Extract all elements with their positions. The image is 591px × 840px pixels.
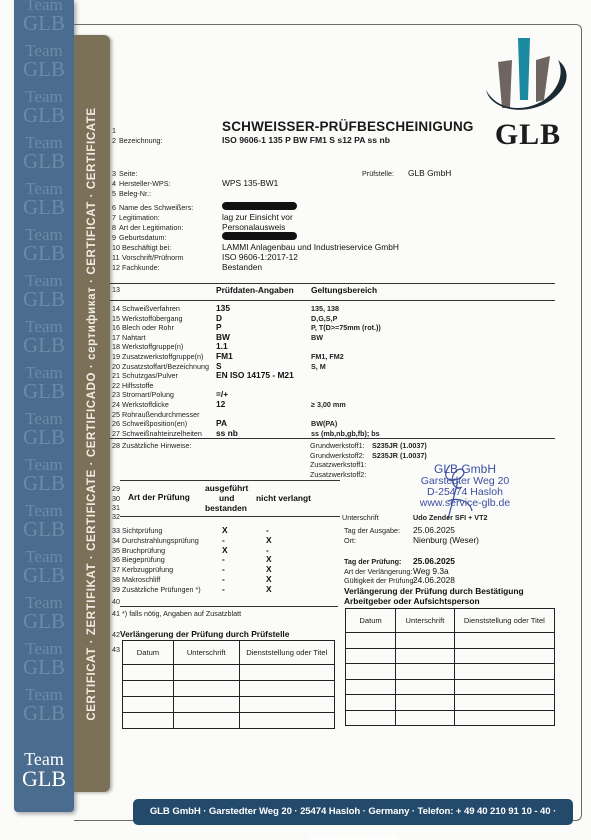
field-label: Blech oder Rohr <box>122 323 174 332</box>
team-glb-strip: TeamGLBTeamGLBTeamGLBTeamGLBTeamGLBTeamG… <box>14 0 74 812</box>
line-number: 16 <box>112 323 120 332</box>
watermark-glb: GLB <box>14 105 74 126</box>
line-number: 42 <box>112 630 120 639</box>
field-label: Stromart/Polung <box>122 390 174 399</box>
line-number: 35 <box>112 546 120 555</box>
line-number: 12 <box>112 263 120 272</box>
team-glb-brand: Team GLB <box>14 750 74 790</box>
test-data-value: FM1 <box>216 351 233 361</box>
empty-cell[interactable] <box>454 679 554 695</box>
test-label: Biegeprüfung <box>122 555 165 564</box>
field-label: Hilfsstoffe <box>122 381 153 390</box>
column-header: Dienststellung oder Titel <box>239 641 334 665</box>
table-row <box>346 664 555 680</box>
empty-cell[interactable] <box>173 681 239 697</box>
empty-cell[interactable] <box>123 665 174 681</box>
footer-bar: GLB GmbH · Garstedter Weg 20 · 25474 Has… <box>133 799 573 825</box>
watermark-glb: GLB <box>14 381 74 402</box>
col-header-done: ausgeführt <box>205 483 248 493</box>
watermark-glb: GLB <box>14 519 74 540</box>
empty-cell[interactable] <box>173 713 239 729</box>
line-number: 37 <box>112 565 120 574</box>
col-header-test-data: Prüfdaten-Angaben <box>216 285 294 295</box>
signature-name: Udo Zender SFI + VT2 <box>413 513 487 522</box>
line-number: 34 <box>112 536 120 545</box>
table-row <box>346 679 555 695</box>
empty-cell[interactable] <box>346 695 396 711</box>
line-number: 18 <box>112 342 120 351</box>
watermark-glb: GLB <box>14 13 74 34</box>
field-label: Vorschrift/Prüfnorm <box>122 253 184 262</box>
footnote: *) falls nötig, Angaben auf Zusatzblatt <box>122 609 241 618</box>
redacted-value <box>222 202 297 210</box>
line-number: 29 <box>112 484 120 493</box>
field-label: Beschäftigt bei: <box>122 243 171 252</box>
designation-label: Bezeichnung: <box>119 136 163 145</box>
line-number: 13 <box>112 285 120 294</box>
divider <box>120 606 338 607</box>
watermark-glb: GLB <box>14 59 74 80</box>
table-header-row: DatumUnterschriftDienststellung oder Tit… <box>123 641 335 665</box>
field-label: Art der Legitimation: <box>119 223 183 232</box>
line-number: 32 <box>112 512 120 521</box>
line-number: 11 <box>112 253 119 262</box>
line-number: 30 <box>112 494 120 503</box>
line-number: 31 <box>112 503 120 512</box>
material-label: Grundwerkstoff1: <box>310 441 365 450</box>
place-value: Nienburg (Weser) <box>413 535 479 545</box>
empty-cell[interactable] <box>346 633 396 649</box>
line-number: 39 <box>112 585 120 594</box>
empty-cell[interactable] <box>239 697 334 713</box>
test-data-value: D <box>216 313 222 323</box>
team-glb-watermark: TeamGLB <box>14 686 74 724</box>
divider <box>120 480 340 481</box>
range-value: D,G,S,P <box>311 314 337 323</box>
redacted-value <box>222 232 297 240</box>
field-label: Werkstoffübergang <box>122 314 182 323</box>
field-value: Bestanden <box>222 262 262 272</box>
col-header-not-required: nicht verlangt <box>256 493 311 503</box>
team-glb-watermark: TeamGLB <box>14 180 74 218</box>
field-label: Schweißnahteinzelheiten <box>122 429 202 438</box>
empty-cell[interactable] <box>123 681 174 697</box>
field-value: LAMMI Anlagenbau und Industrieservice Gm… <box>222 242 399 252</box>
field-label: Name des Schweißers: <box>119 203 193 212</box>
line-number: 17 <box>112 333 120 342</box>
watermark-glb: GLB <box>14 289 74 310</box>
test-data-value: PA <box>216 418 227 428</box>
page-title: SCHWEISSER-PRÜFBESCHEINIGUNG <box>222 119 474 134</box>
line-number: 3 <box>112 169 116 178</box>
team-glb-watermark: TeamGLB <box>14 42 74 80</box>
test-label: Zusätzliche Prüfungen *) <box>122 585 201 594</box>
range-value: 135, 138 <box>311 304 339 313</box>
watermark-glb: GLB <box>14 243 74 264</box>
empty-cell[interactable] <box>123 697 174 713</box>
test-not-required-mark: - <box>266 545 269 555</box>
table-row <box>123 665 335 681</box>
range-value: ≥ 3,00 mm <box>311 400 346 409</box>
test-done-mark: - <box>222 554 225 564</box>
empty-cell[interactable] <box>346 710 396 726</box>
empty-cell[interactable] <box>346 648 396 664</box>
test-data-value: EN ISO 14175 - M21 <box>216 370 294 380</box>
watermark-glb: GLB <box>14 611 74 632</box>
empty-cell[interactable] <box>396 679 455 695</box>
issue-date-value: 25.06.2025 <box>413 525 455 535</box>
empty-cell[interactable] <box>239 713 334 729</box>
test-label: Durchstrahlungsprüfung <box>122 536 199 545</box>
line-number: 41 <box>112 609 120 618</box>
field-label: Fachkunde: <box>122 263 160 272</box>
empty-cell[interactable] <box>346 664 396 680</box>
col-header-done: und <box>219 493 234 503</box>
field-label: Zusatzstoffart/Bezeichnung <box>122 362 209 371</box>
col-header-done: bestanden <box>205 503 247 513</box>
line-number: 2 <box>112 136 116 145</box>
line-number: 28 <box>112 441 120 450</box>
material-value: S235JR (1.0037) <box>372 441 427 450</box>
line-number: 7 <box>112 213 116 222</box>
line-number: 24 <box>112 400 120 409</box>
empty-cell[interactable] <box>396 710 455 726</box>
range-value: BW(PA) <box>311 419 337 428</box>
watermark-glb: GLB <box>14 565 74 586</box>
empty-cell[interactable] <box>173 697 239 713</box>
test-date-label: Tag der Prüfung: <box>344 557 401 566</box>
team-glb-watermark: TeamGLB <box>14 0 74 34</box>
field-value: WPS 135-BW1 <box>222 178 278 188</box>
empty-cell[interactable] <box>396 664 455 680</box>
empty-cell[interactable] <box>396 633 455 649</box>
material-value: S235JR (1.0037) <box>372 451 427 460</box>
team-glb-watermark: TeamGLB <box>14 134 74 172</box>
empty-cell[interactable] <box>173 665 239 681</box>
material-label: Zusatzwerkstoff2: <box>310 470 366 479</box>
place-label: Ort: <box>344 536 356 545</box>
column-header: Unterschrift <box>173 641 239 665</box>
team-glb-watermark: TeamGLB <box>14 226 74 264</box>
table-row <box>123 681 335 697</box>
empty-cell[interactable] <box>454 710 554 726</box>
test-done-mark: - <box>222 535 225 545</box>
column-header: Unterschrift <box>396 609 455 633</box>
line-number: 40 <box>112 597 120 606</box>
team-glb-watermark: TeamGLB <box>14 88 74 126</box>
line-number: 22 <box>112 381 120 390</box>
line-number: 43 <box>112 645 120 654</box>
test-date-value: 25.06.2025 <box>413 556 455 566</box>
table-row <box>346 648 555 664</box>
line-number: 8 <box>112 223 116 232</box>
body-extension-table: DatumUnterschriftDienststellung oder Tit… <box>122 640 335 729</box>
designation-value: ISO 9606-1 135 P BW FM1 S s12 PA ss nb <box>222 135 390 145</box>
field-label: Werkstoffgruppe(n) <box>122 342 183 351</box>
empty-cell[interactable] <box>454 648 554 664</box>
table-row <box>123 697 335 713</box>
line-number: 27 <box>112 429 120 438</box>
range-value: BW <box>311 333 323 342</box>
test-not-required-mark: X <box>266 535 272 545</box>
test-label: Makroschliff <box>122 575 160 584</box>
company-stamp: GLB GmbH Garstedter Weg 20 D-25474 Haslo… <box>400 463 530 509</box>
divider <box>110 438 555 439</box>
column-header: Dienststellung oder Titel <box>454 609 554 633</box>
line-number: 9 <box>112 233 116 242</box>
test-data-value: 12 <box>216 399 225 409</box>
material-label: Grundwerkstoff2: <box>310 451 365 460</box>
field-label: Schweißposition(en) <box>122 419 187 428</box>
field-label: Schutzgas/Pulver <box>122 371 178 380</box>
test-data-value: ss nb <box>216 428 238 438</box>
line-number: 38 <box>112 575 120 584</box>
watermark-glb: GLB <box>14 197 74 218</box>
field-label: Geburtsdatum: <box>119 233 167 242</box>
range-value: ss (mb,nb,gb,fb); bs <box>311 429 380 438</box>
employer-extension-table: DatumUnterschriftDienststellung oder Tit… <box>345 608 555 726</box>
validity-value: 24.06.2028 <box>413 575 455 585</box>
line-number: 26 <box>112 419 120 428</box>
issue-date-label: Tag der Ausgabe: <box>344 526 400 535</box>
range-value: S, M <box>311 362 326 371</box>
test-label: Sichtprüfung <box>122 526 162 535</box>
empty-cell[interactable] <box>123 713 174 729</box>
test-data-value: BW <box>216 332 230 342</box>
test-not-required-mark: X <box>266 564 272 574</box>
col-header-range: Geltungsbereich <box>311 285 377 295</box>
glb-logo-icon <box>478 30 578 120</box>
employer-extension-title: Verlängerung der Prüfung durch Bestätigu… <box>344 586 524 596</box>
team-glb-watermark: TeamGLB <box>14 640 74 678</box>
field-label: Zusatzwerkstoffgruppe(n) <box>122 352 203 361</box>
table-header-row: DatumUnterschriftDienststellung oder Tit… <box>346 609 555 633</box>
divider <box>110 300 555 301</box>
footer-contact: GLB GmbH · Garstedter Weg 20 · 25474 Has… <box>150 806 556 840</box>
test-not-required-mark: X <box>266 584 272 594</box>
field-value: lag zur Einsicht vor <box>222 212 293 222</box>
field-label: Legitimation: <box>119 213 160 222</box>
team-glb-watermark: TeamGLB <box>14 364 74 402</box>
field-label: Werkstoffdicke <box>122 400 169 409</box>
team-glb-watermark: TeamGLB <box>14 548 74 586</box>
field-label: Hersteller-WPS: <box>119 179 171 188</box>
empty-cell[interactable] <box>396 648 455 664</box>
line-number: 21 <box>112 371 120 380</box>
field-label: Seite: <box>119 169 137 178</box>
line-number: 33 <box>112 526 120 535</box>
divider <box>110 283 555 284</box>
line-number: 5 <box>112 189 116 198</box>
team-glb-watermark: TeamGLB <box>14 318 74 356</box>
column-header: Datum <box>123 641 174 665</box>
test-data-value: 1.1 <box>216 341 228 351</box>
watermark-glb: GLB <box>14 151 74 172</box>
line-number: 14 <box>112 304 120 313</box>
validity-label: Gültigkeit der Prüfung: <box>344 576 416 585</box>
watermark-glb: GLB <box>14 427 74 448</box>
line-number: 1 <box>112 126 116 135</box>
pruefstelle-value: GLB GmbH <box>408 168 451 178</box>
test-data-value: 135 <box>216 303 230 313</box>
team-glb-watermark: TeamGLB <box>14 594 74 632</box>
table-row <box>123 713 335 729</box>
line-number: 19 <box>112 352 120 361</box>
watermark-glb: GLB <box>14 335 74 356</box>
empty-cell[interactable] <box>454 664 554 680</box>
test-label: Kerbzugprüfung <box>122 565 173 574</box>
range-value: P, T(D>=75mm (rot.)) <box>311 323 381 332</box>
field-label: Rohraußendurchmesser <box>122 410 200 419</box>
material-label: Zusatzwerkstoff1: <box>310 460 366 469</box>
empty-cell[interactable] <box>239 665 334 681</box>
line-number: 10 <box>112 243 120 252</box>
range-value: FM1, FM2 <box>311 352 344 361</box>
employer-extension-subtitle: Arbeitgeber oder Aufsichtsperson <box>344 596 480 606</box>
glb-logo: GLB <box>478 30 578 155</box>
line-number: 23 <box>112 390 120 399</box>
team-glb-watermark: TeamGLB <box>14 456 74 494</box>
test-data-value: P <box>216 322 222 332</box>
field-value: ISO 9606-1:2017-12 <box>222 252 298 262</box>
field-label: Beleg-Nr.: <box>119 189 151 198</box>
empty-cell[interactable] <box>454 633 554 649</box>
column-header: Datum <box>346 609 396 633</box>
extension-type-label: Art der Verlängerung: <box>344 567 412 576</box>
empty-cell[interactable] <box>346 679 396 695</box>
glb-logo-text: GLB <box>478 118 578 152</box>
notes-label: Zusätzliche Hinweise: <box>122 441 192 450</box>
watermark-glb: GLB <box>14 473 74 494</box>
brand-glb-text: GLB <box>14 768 74 790</box>
test-not-required-mark: X <box>266 554 272 564</box>
line-number: 36 <box>112 555 120 564</box>
test-done-mark: X <box>222 545 228 555</box>
line-number: 20 <box>112 362 120 371</box>
test-done-mark: - <box>222 584 225 594</box>
test-done-mark: X <box>222 525 228 535</box>
line-number: 25 <box>112 410 120 419</box>
table-row <box>346 710 555 726</box>
test-done-mark: - <box>222 564 225 574</box>
field-value: Personalausweis <box>222 222 285 232</box>
table-row <box>346 695 555 711</box>
watermark-glb: GLB <box>14 657 74 678</box>
team-glb-watermark: TeamGLB <box>14 502 74 540</box>
signature-label: Unterschrift <box>342 513 379 522</box>
line-number: 15 <box>112 314 120 323</box>
test-not-required-mark: - <box>266 525 269 535</box>
empty-cell[interactable] <box>454 695 554 711</box>
line-number: 6 <box>112 203 116 212</box>
field-label: Nahtart <box>122 333 146 342</box>
test-done-mark: - <box>222 574 225 584</box>
watermark-glb: GLB <box>14 703 74 724</box>
test-label: Bruchprüfung <box>122 546 165 555</box>
line-number: 4 <box>112 179 116 188</box>
team-glb-watermark: TeamGLB <box>14 272 74 310</box>
test-data-value: =/+ <box>216 389 228 399</box>
table-row <box>346 633 555 649</box>
empty-cell[interactable] <box>239 681 334 697</box>
pruefstelle-label: Prüfstelle: <box>362 169 394 178</box>
test-data-value: S <box>216 361 222 371</box>
field-label: Schweißverfahren <box>122 304 180 313</box>
body-extension-title: Verlängerung der Prüfung durch Prüfstell… <box>120 629 289 639</box>
col-header-test-type: Art der Prüfung <box>128 492 190 502</box>
test-not-required-mark: X <box>266 574 272 584</box>
empty-cell[interactable] <box>396 695 455 711</box>
team-glb-watermark: TeamGLB <box>14 410 74 448</box>
divider <box>120 516 338 517</box>
